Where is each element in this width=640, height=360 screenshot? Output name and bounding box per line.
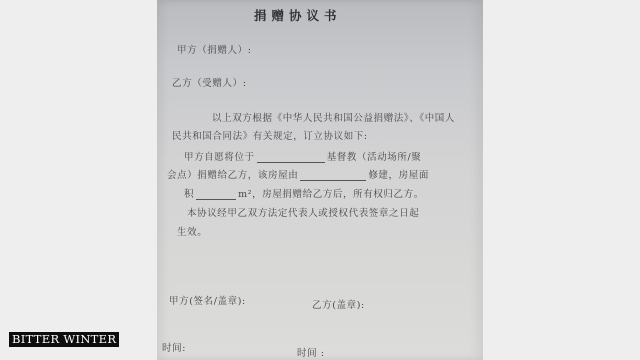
clause-1-line-2: 会点）捐赠给乙方，该房屋由修建，房屋面 <box>167 167 429 181</box>
watermark-logo: BITTER WINTER <box>9 332 119 347</box>
signature-a-label: 甲方(签名/盖章): <box>169 293 246 307</box>
party-b-label: 乙方（受赠人）: <box>172 75 247 89</box>
time-b-label: 时间 : <box>297 345 325 359</box>
clause-1-line-1: 甲方自愿将位于基督教（活动场所/聚 <box>184 149 421 163</box>
intro-line-2: 民共和国合同法》有关规定，订立协议如下: <box>172 128 368 142</box>
signature-b-label: 乙方(盖章): <box>312 297 365 311</box>
builder-blank <box>300 171 366 181</box>
party-a-label: 甲方（捐赠人）: <box>177 42 252 56</box>
clause-1-text-f: m²，房屋捐赠给乙方后，所有权归乙方。 <box>238 189 424 200</box>
clause-1-text-c: 会点）捐赠给乙方，该房屋由 <box>167 170 298 181</box>
photo-stage: 捐赠协议书 甲方（捐赠人）: 乙方（受赠人）: 以上双方根据《中华人民共和国公益… <box>0 0 640 360</box>
time-a-label: 时间: <box>162 340 186 354</box>
clause-1-line-3: 积m²，房屋捐赠给乙方后，所有权归乙方。 <box>184 186 424 200</box>
clause-1-text-d: 修建，房屋面 <box>368 170 429 181</box>
clause-1-text-a: 甲方自愿将位于 <box>184 152 255 163</box>
intro-line-1: 以上双方根据《中华人民共和国公益捐赠法》、《中国人 <box>212 110 455 124</box>
agreement-document: 捐赠协议书 甲方（捐赠人）: 乙方（受赠人）: 以上双方根据《中华人民共和国公益… <box>157 0 483 360</box>
document-title: 捐赠协议书 <box>254 6 342 24</box>
clause-1-text-b: 基督教（活动场所/聚 <box>327 152 422 163</box>
area-blank <box>196 190 236 200</box>
location-blank <box>257 153 325 163</box>
clause-2-line-1: 本协议经甲乙双方法定代表人或授权代表签章之日起 <box>187 205 419 219</box>
clause-2-line-2: 生效。 <box>177 224 207 238</box>
clause-1-text-e: 积 <box>184 189 194 200</box>
